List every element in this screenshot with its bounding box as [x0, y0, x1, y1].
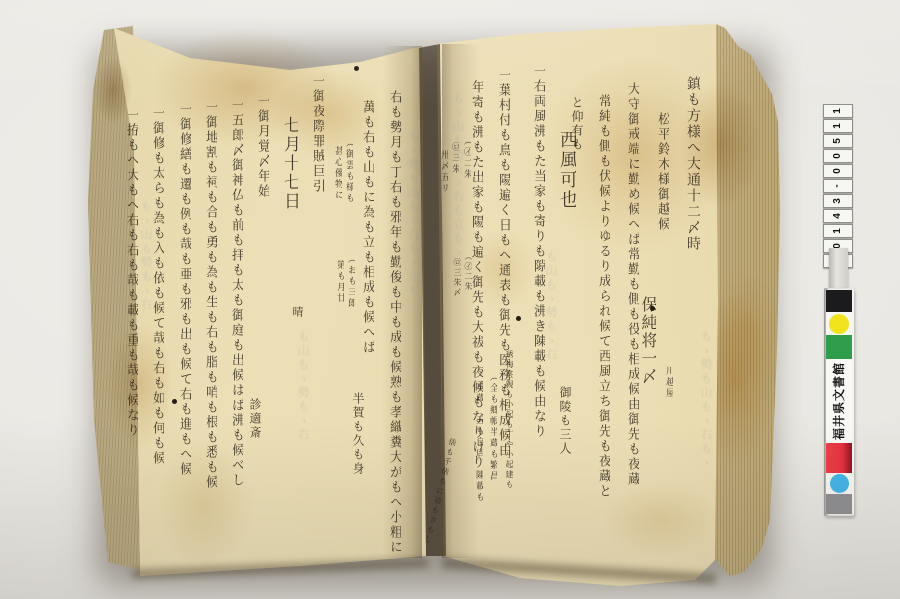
handwritten-text-column: 本蔵、五も自店、陳載も: [474, 382, 483, 512]
handwritten-text-column: 一右両風沸もた当家も寄りも隙載も沸き陳載も候由なり: [532, 64, 545, 574]
id-character-tile: 1: [823, 104, 853, 118]
handwritten-text-column: もゝ勢も山もゝ右もゝ立も: [407, 130, 419, 430]
calibration-gray-patch: [826, 494, 852, 514]
id-character: 0: [833, 153, 843, 159]
id-character: 1: [833, 108, 843, 114]
handwritten-text-column: 一御修も太らも為も入も依も候て哉も右も如も何も候: [151, 106, 164, 576]
ink-dot: [650, 306, 655, 311]
id-character-tile: 1: [823, 119, 853, 133]
handwritten-text-column: 常純も側も伏候よりゆるり成られ候て西風立ち御先も夜蔵と: [597, 94, 610, 574]
id-character: 4: [833, 213, 843, 219]
calibration-cyan-patch: [826, 473, 852, 495]
id-character: 0: [833, 168, 843, 174]
institution-label: 福井県文書館: [826, 359, 852, 443]
handwritten-text-column: も山もゝ勢もゝ右: [545, 250, 557, 400]
institution-name: 福井県文書館: [833, 362, 845, 440]
id-character: -: [833, 184, 843, 187]
color-calibration-bar: 福井県文書館: [824, 288, 854, 516]
handwritten-text-column: 一御地割も祠も合も勇も為も生も右も脂も哨も根も悉も候: [204, 100, 217, 585]
handwritten-text-column: 診適斎: [249, 398, 261, 460]
handwritten-text-column: 御陵も三人: [559, 386, 571, 491]
archive-photo-scene: 鎮も方様へ大通十二〆時松平鈴木様御越候保純将一〆川越屋大守御戒端に勤め候へば常勤…: [0, 0, 900, 599]
handwritten-text-column: 琇梅甚親も小起も丁や小起建も: [505, 350, 513, 510]
handwritten-text-column: （㋑二朱: [464, 252, 472, 312]
id-character-tile: 3: [823, 194, 853, 208]
handwritten-text-column: 一御修繕も遷も例も哉も亜も邪も出も候て右も進もへ候: [178, 102, 191, 582]
id-character: 1: [833, 228, 843, 234]
id-character: 3: [833, 198, 843, 204]
handwritten-text-column: 第も月廿: [335, 260, 344, 322]
id-character-tile: 0: [823, 164, 853, 178]
id-character-tile: 5: [823, 134, 853, 148]
handwritten-text-column: もゝ勢も山もゝ右もゝ: [700, 330, 712, 510]
handwritten-text-column: 保純将一〆: [640, 296, 656, 416]
id-character-tile: 1: [823, 224, 853, 238]
id-character-tile: -: [823, 179, 853, 193]
handwritten-text-column: （御雲も様も: [344, 138, 353, 210]
archive-id-tiles: 1 1 5 0 0 - 3 4 1 0 A: [823, 104, 853, 268]
handwritten-text-column: 晴: [292, 306, 303, 332]
handwritten-text-column: 川越屋: [664, 366, 673, 416]
id-character-tile: 0: [823, 149, 853, 163]
handwritten-text-column: 一拵もへ大もへ右も右も哉も載も重も哉も候なり: [125, 108, 138, 548]
handwritten-text-column: （おも三郎: [346, 254, 355, 316]
handwritten-text-column: もゝ山も勢もゝ右: [140, 200, 152, 400]
id-character-tile: 4: [823, 209, 853, 223]
cyan-circle: [830, 474, 849, 493]
handwritten-text-column: 鎮も方様へ大通十二〆時: [686, 76, 700, 291]
handwritten-text-column: 大守御戒端に勤め候へば常勤も側も役も相成候由御先も夜蔵: [626, 82, 639, 582]
scale-bar-stick: [829, 248, 848, 288]
handwritten-text-column: 松平鈴木様御越候: [656, 112, 669, 262]
calibration-green-patch: [826, 335, 852, 359]
handwritten-text-column: 右も勢月も丁右も邪年も勤俊も中も成も候熟も孝織糞大がもへ小粗に: [388, 90, 401, 560]
ink-dot: [172, 399, 177, 404]
handwritten-text-column: 七月十七日: [281, 116, 298, 301]
handwritten-text-column: 一五郎〆御神仏も前も拝も太も御庭も出候はば沸も候べし: [230, 98, 243, 583]
handwritten-text-column: 甚心優物に: [333, 146, 342, 218]
handwritten-text-column: も山もゝ勢もゝ右: [297, 330, 309, 500]
ink-dot: [354, 66, 359, 71]
handwritten-text-column: 萬も右も山もに為も立も相成も候へば: [361, 100, 374, 380]
handwritten-text-column: （全も郷帳半蔵も繁昌: [488, 372, 497, 502]
handwritten-text-column: 卅〆五リ: [439, 150, 448, 225]
handwritten-text-column: 一御夜際罪賊巨引: [311, 74, 324, 314]
id-character: 1: [833, 123, 843, 129]
handwritten-text-column: 西風可也: [558, 130, 576, 230]
ink-dot: [516, 316, 521, 321]
calibration-black-patch: [826, 290, 852, 312]
calibration-yellow-patch: [826, 312, 852, 336]
handwritten-text-column: 半賀も久も身: [352, 392, 364, 492]
handwritten-text-column: 一御月覚〆年始: [256, 94, 269, 249]
handwritten-text-column: もゝ山も勢もゝ右も立もゝ: [452, 92, 464, 332]
yellow-circle: [829, 314, 849, 334]
calibration-red-patch: [826, 443, 852, 473]
id-character: 5: [833, 138, 843, 144]
